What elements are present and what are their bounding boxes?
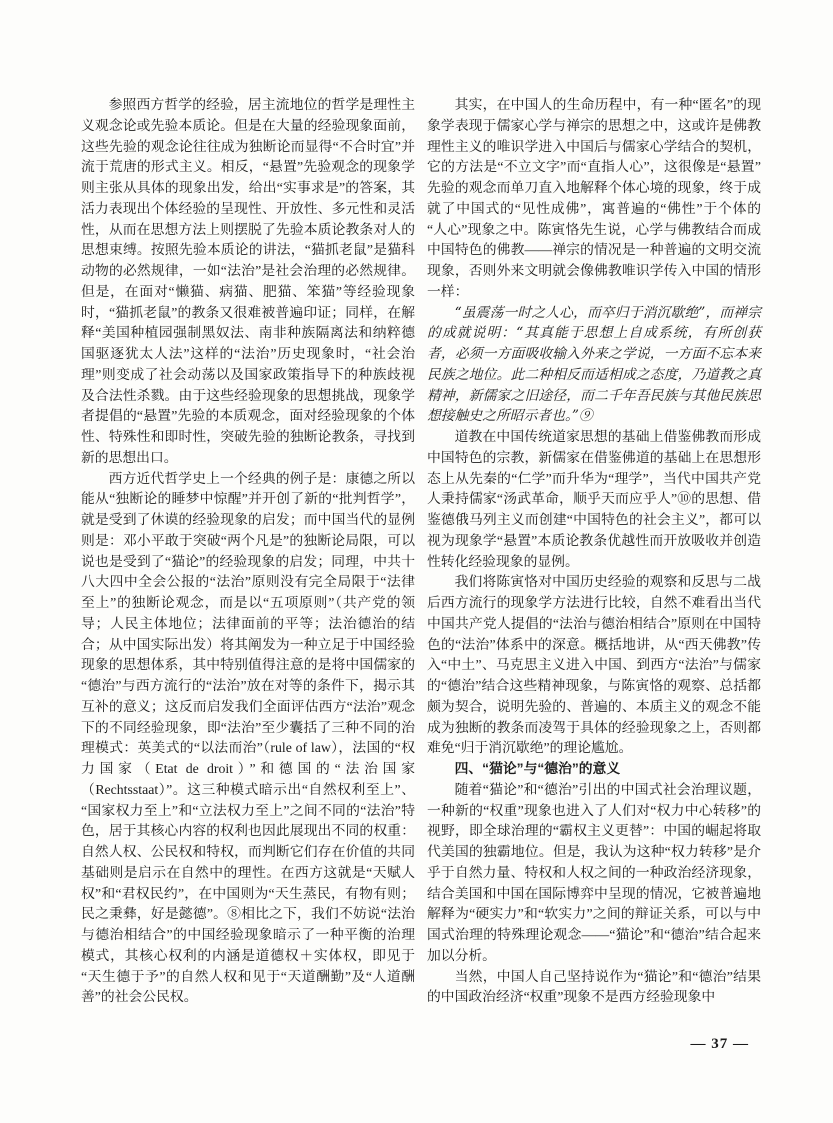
left-column: 参照西方哲学的经验，居主流地位的哲学是理性主义观念论或先验本质论。但是在大量的经… [81,95,415,1008]
paragraph: 西方近代哲学史上一个经典的例子是：康德之所以能从“独断论的睡梦中惊醒”并开创了新… [81,469,415,1009]
two-column-text-area: 参照西方哲学的经验，居主流地位的哲学是理性主义观念论或先验本质论。但是在大量的经… [81,95,761,1008]
paragraph: 我们将陈寅恪对中国历史经验的观察和反思与二战后西方流行的现象学方法进行比较，自然… [427,572,761,759]
document-page: 参照西方哲学的经验，居主流地位的哲学是理性主义观念论或先验本质论。但是在大量的经… [0,0,833,1123]
paragraph: 参照西方哲学的经验，居主流地位的哲学是理性主义观念论或先验本质论。但是在大量的经… [81,95,415,469]
paragraph: 随着“猫论”和“德治”引出的中国式社会治理议题，一种新的“权重”现象也进入了人们… [427,780,761,967]
right-column: 其实，在中国人的生命历程中，有一种“匿名”的现象学表现于儒家心学与禅宗的思想之中… [427,95,761,1008]
paragraph: 道教在中国传统道家思想的基础上借鉴佛教而形成中国特色的宗教，新儒家在借鉴佛道的基… [427,427,761,572]
block-quote: “虽震荡一时之人心，而卒归于消沉歇绝”，而禅宗的成就说明：“其真能于思想上自成系… [427,303,761,428]
section-heading: 四、“猫论”与“德治”的意义 [427,759,761,780]
paragraph: 当然，中国人自己坚持说作为“猫论”和“德治”结果的中国政治经济“权重”现象不是西… [427,967,761,1009]
paragraph: 其实，在中国人的生命历程中，有一种“匿名”的现象学表现于儒家心学与禅宗的思想之中… [427,95,761,303]
page-number: — 37 — [691,1036,750,1053]
